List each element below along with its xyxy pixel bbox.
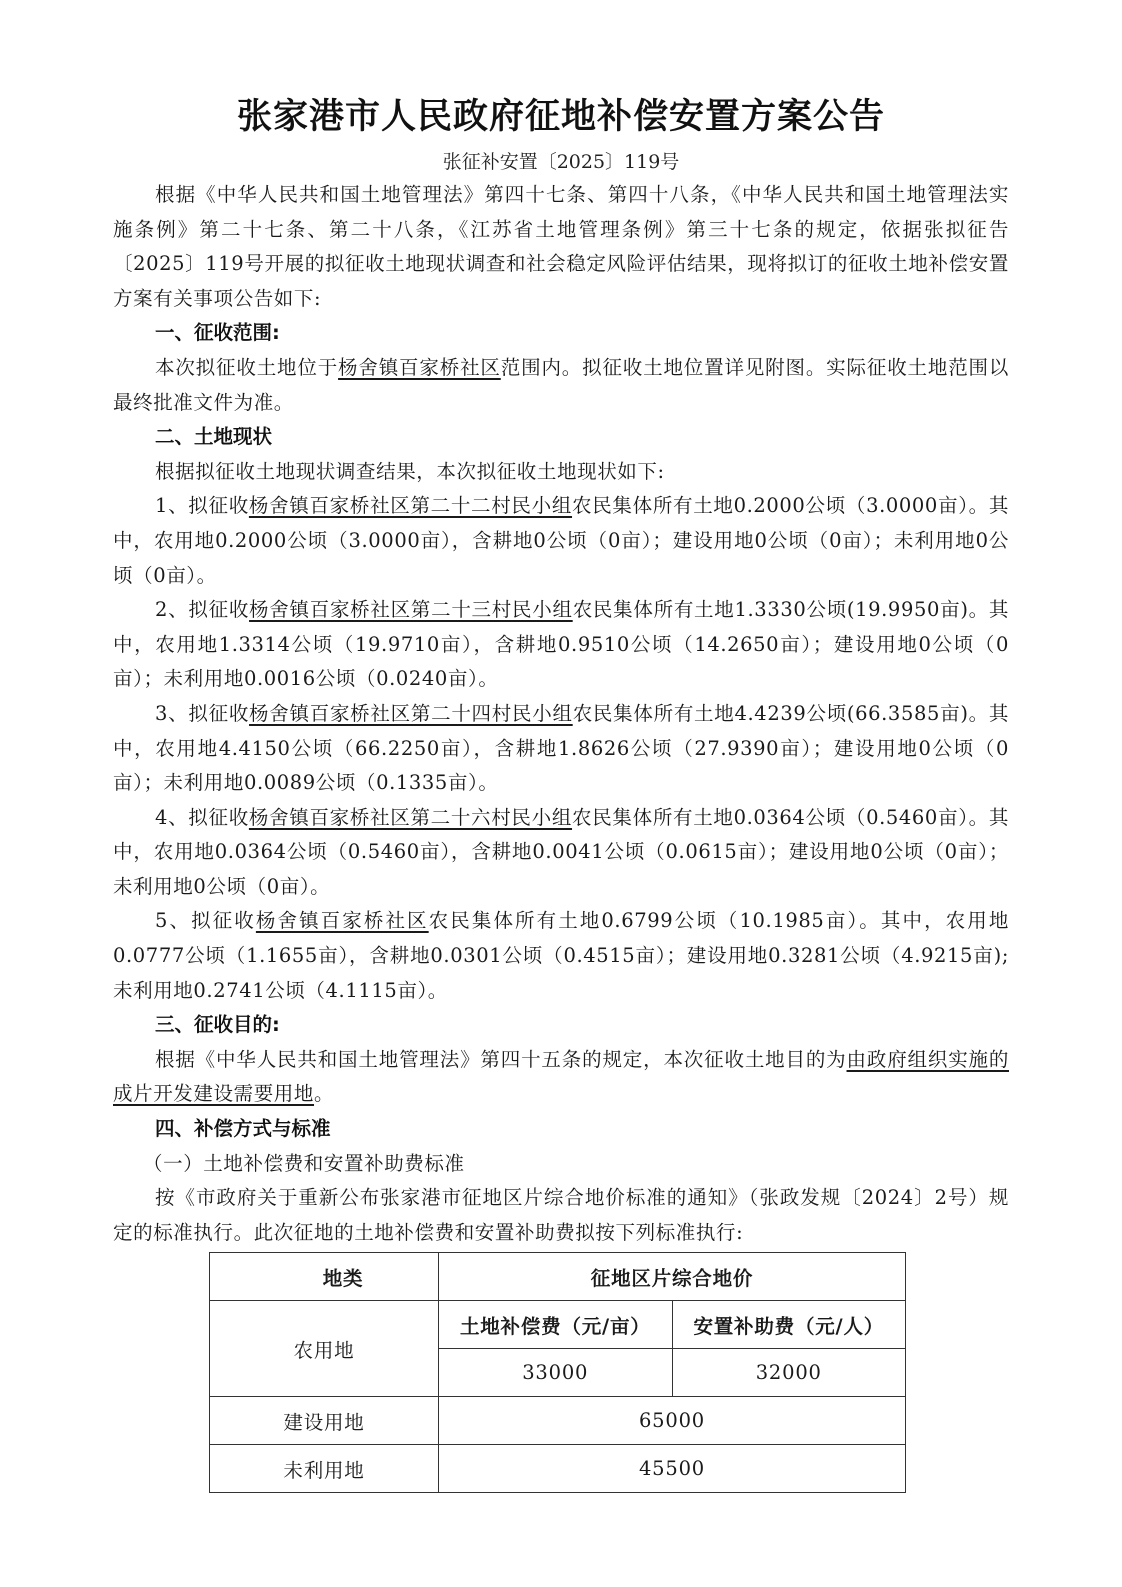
purpose-paragraph: 根据《中华人民共和国土地管理法》第四十五条的规定，本次征收土地目的为由政府组织实… xyxy=(113,1043,1009,1112)
status-item: 2、拟征收杨舍镇百家桥社区第二十三村民小组农民集体所有土地1.3330公顷(19… xyxy=(113,593,1009,697)
table-row: 农用地 土地补偿费（元/亩） 安置补助费（元/人） xyxy=(210,1301,906,1349)
scope-text-before: 本次拟征收土地位于 xyxy=(155,356,338,379)
table-header-row: 地类 征地区片综合地价 xyxy=(210,1253,906,1301)
status-item-group: 杨舍镇百家桥社区第二十四村民小组 xyxy=(249,702,573,725)
compensation-table: 地类 征地区片综合地价 农用地 土地补偿费（元/亩） 安置补助费（元/人） 33… xyxy=(209,1252,906,1493)
table-cell-land-comp: 33000 xyxy=(439,1349,673,1397)
scope-location: 杨舍镇百家桥社区 xyxy=(338,356,501,379)
compensation-subheading: （一）土地补偿费和安置补助费标准 xyxy=(113,1147,1009,1182)
status-item-prefix: 4、拟征收 xyxy=(155,806,249,829)
purpose-text-before: 根据《中华人民共和国土地管理法》第四十五条的规定，本次征收土地目的为 xyxy=(155,1048,847,1071)
table-header-land-type: 地类 xyxy=(210,1253,439,1301)
status-item-prefix: 5、拟征收 xyxy=(155,909,256,932)
compensation-paragraph: 按《市政府关于重新公布张家港市征地区片综合地价标准的通知》（张政发规〔2024〕… xyxy=(113,1181,1009,1250)
scope-paragraph: 本次拟征收土地位于杨舍镇百家桥社区范围内。拟征收土地位置详见附图。实际征收土地范… xyxy=(113,351,1009,420)
intro-paragraph: 根据《中华人民共和国土地管理法》第四十七条、第四十八条，《中华人民共和国土地管理… xyxy=(113,178,1009,316)
status-item: 5、拟征收杨舍镇百家桥社区农民集体所有土地0.6799公顷（10.1985亩）。… xyxy=(113,904,1009,1008)
status-item-prefix: 3、拟征收 xyxy=(155,702,249,725)
status-intro: 根据拟征收土地现状调查结果，本次拟征收土地现状如下: xyxy=(113,455,1009,490)
status-item-group: 杨舍镇百家桥社区 xyxy=(256,909,429,932)
table-header-price: 征地区片综合地价 xyxy=(439,1253,906,1301)
table-row: 未利用地 45500 xyxy=(210,1445,906,1493)
table-subheader-land-comp: 土地补偿费（元/亩） xyxy=(439,1301,673,1349)
document-title: 张家港市人民政府征地补偿安置方案公告 xyxy=(113,92,1009,142)
purpose-text-after: 。 xyxy=(314,1082,334,1105)
status-item-prefix: 2、拟征收 xyxy=(155,598,249,621)
table-cell-land-type: 农用地 xyxy=(210,1301,439,1397)
section-heading-purpose: 三、征收目的: xyxy=(113,1008,1009,1043)
section-heading-compensation: 四、补偿方式与标准 xyxy=(113,1112,1009,1147)
status-item: 3、拟征收杨舍镇百家桥社区第二十四村民小组农民集体所有土地4.4239公顷(66… xyxy=(113,697,1009,801)
table-cell-value: 65000 xyxy=(439,1397,906,1445)
status-item: 4、拟征收杨舍镇百家桥社区第二十六村民小组农民集体所有土地0.0364公顷（0.… xyxy=(113,801,1009,905)
table-cell-land-type: 建设用地 xyxy=(210,1397,439,1445)
table-cell-resettle: 32000 xyxy=(672,1349,906,1397)
table-subheader-resettle: 安置补助费（元/人） xyxy=(672,1301,906,1349)
table-cell-value: 45500 xyxy=(439,1445,906,1493)
status-item-prefix: 1、拟征收 xyxy=(155,494,249,517)
table-cell-land-type: 未利用地 xyxy=(210,1445,439,1493)
section-heading-scope: 一、征收范围: xyxy=(113,316,1009,351)
status-item-group: 杨舍镇百家桥社区第二十六村民小组 xyxy=(249,806,572,829)
section-heading-status: 二、土地现状 xyxy=(113,420,1009,455)
status-item-group: 杨舍镇百家桥社区第二十三村民小组 xyxy=(249,598,573,621)
table-row: 建设用地 65000 xyxy=(210,1397,906,1445)
status-item-group: 杨舍镇百家桥社区第二十二村民小组 xyxy=(249,494,572,517)
document-number: 张征补安置〔2025〕119号 xyxy=(113,146,1009,178)
status-item: 1、拟征收杨舍镇百家桥社区第二十二村民小组农民集体所有土地0.2000公顷（3.… xyxy=(113,489,1009,593)
document-page: 张家港市人民政府征地补偿安置方案公告 张征补安置〔2025〕119号 根据《中华… xyxy=(113,92,1009,1493)
